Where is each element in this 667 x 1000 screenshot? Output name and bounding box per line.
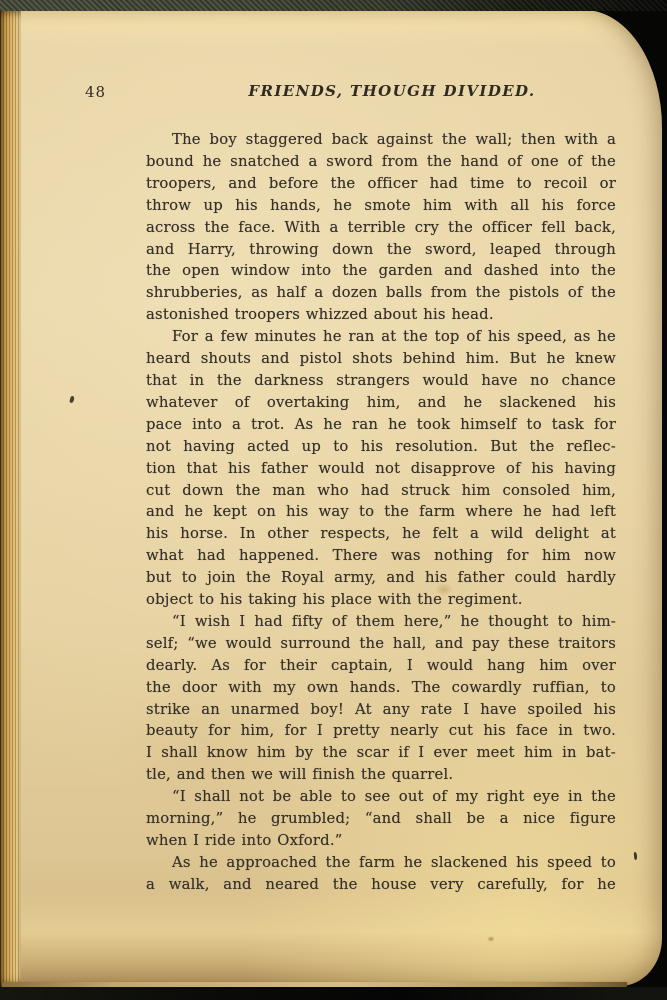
paragraph: “I shall not be able to see out of my ri…	[146, 786, 616, 852]
book-page: 48 FRIENDS, THOUGH DIVIDED. The boy stag…	[3, 10, 662, 986]
text-line: object to his taking his place with the …	[146, 589, 616, 611]
text-line: when I ride into Oxford.”	[146, 830, 616, 852]
text-line: As he approached the farm he slackened h…	[146, 852, 616, 874]
text-line: self; “we would surround the hall, and p…	[146, 633, 616, 655]
text-line: dearly. As for their captain, I would ha…	[146, 655, 616, 677]
ink-speck	[69, 396, 75, 404]
text-line: that in the darkness strangers would hav…	[146, 370, 616, 392]
text-line: throw up his hands, he smote him with al…	[146, 195, 616, 217]
book-cover-bottom-edge	[0, 987, 667, 1000]
ink-speck	[634, 852, 638, 860]
paper-stain	[435, 583, 453, 596]
text-line: his horse. In other respects, he felt a …	[146, 523, 616, 545]
text-line: strike an unarmed boy! At any rate I hav…	[146, 699, 616, 721]
paragraph: As he approached the farm he slackened h…	[146, 852, 616, 896]
scanned-book-photo: 48 FRIENDS, THOUGH DIVIDED. The boy stag…	[0, 0, 667, 1000]
text-line: morning,” he grumbled; “and shall be a n…	[146, 808, 616, 830]
text-line: the open window into the garden and dash…	[146, 260, 616, 282]
paper-stain	[487, 936, 495, 942]
text-line: and he kept on his way to the farm where…	[146, 501, 616, 523]
text-line: the door with my own hands. The cowardly…	[146, 677, 616, 699]
text-line: pace into a trot. As he ran he took hims…	[146, 414, 616, 436]
book-cover-top-edge	[0, 0, 667, 11]
text-line: For a few minutes he ran at the top of h…	[146, 326, 616, 348]
text-line: The boy staggered back against the wall;…	[146, 129, 616, 151]
text-line: tle, and then we will finish the quarrel…	[146, 764, 616, 786]
paragraph: “I wish I had fifty of them here,” he th…	[146, 611, 616, 786]
text-line: what had happened. There was nothing for…	[146, 545, 616, 567]
text-line: bound he snatched a sword from the hand …	[146, 151, 616, 173]
paragraph: For a few minutes he ran at the top of h…	[146, 326, 616, 611]
text-line: cut down the man who had struck him cons…	[146, 480, 616, 502]
text-line: heard shouts and pistol shots behind him…	[146, 348, 616, 370]
text-line: and Harry, throwing down the sword, leap…	[146, 239, 616, 261]
text-line: across the face. With a terrible cry the…	[146, 217, 616, 239]
text-line: not having acted up to his resolution. B…	[146, 436, 616, 458]
text-line: a walk, and neared the house very carefu…	[146, 874, 616, 896]
page-number: 48	[85, 83, 106, 101]
page-text: The boy staggered back against the wall;…	[146, 129, 616, 896]
running-header: FRIENDS, THOUGH DIVIDED.	[143, 82, 627, 100]
text-line: “I shall not be able to see out of my ri…	[146, 786, 616, 808]
text-line: shrubberies, as half a dozen balls from …	[146, 282, 616, 304]
text-line: I shall know him by the scar if I ever m…	[146, 742, 616, 764]
text-line: whatever of overtaking him, and he slack…	[146, 392, 616, 414]
text-line: astonished troopers whizzed about his he…	[146, 304, 616, 326]
text-line: “I wish I had fifty of them here,” he th…	[146, 611, 616, 633]
text-line: but to join the Royal army, and his fath…	[146, 567, 616, 589]
text-line: tion that his father would not disapprov…	[146, 458, 616, 480]
page-fore-edge-left	[0, 10, 21, 988]
paragraph: The boy staggered back against the wall;…	[146, 129, 616, 326]
text-line: beauty for him, for I pretty nearly cut …	[146, 720, 616, 742]
text-line: troopers, and before the officer had tim…	[146, 173, 616, 195]
